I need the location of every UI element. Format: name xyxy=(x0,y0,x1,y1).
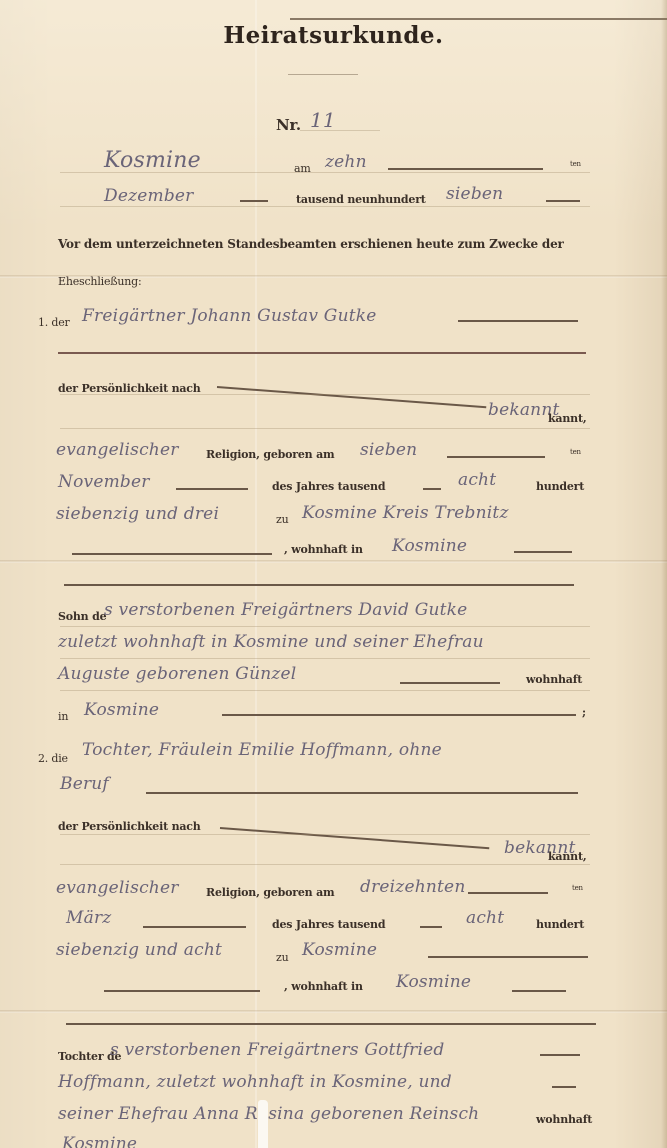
year-label: des Jahres tausend xyxy=(272,480,385,493)
hundert-label: hundert xyxy=(536,918,584,931)
ten-label: ten xyxy=(570,160,581,168)
in-label: in xyxy=(58,710,68,723)
guide-line xyxy=(60,690,590,691)
fill-line xyxy=(222,714,576,716)
year-label: tausend neunhundert xyxy=(296,193,426,206)
bride-personality-label: der Persönlichkeit nach xyxy=(58,820,201,833)
zu-label: zu xyxy=(276,951,288,964)
fill-line xyxy=(388,168,543,170)
bride-religion-label: Religion, geboren am xyxy=(206,886,334,899)
fill-line xyxy=(146,792,578,794)
header-year: sieben xyxy=(446,184,503,204)
guide-line xyxy=(60,394,590,395)
end-mark: ; xyxy=(582,706,586,719)
title-divider xyxy=(288,74,358,75)
bride-parents-residence-label: wohnhaft xyxy=(536,1113,592,1126)
bride-religion: evangelischer xyxy=(56,878,179,898)
fold-crease xyxy=(0,560,667,563)
residence-label: , wohnhaft in xyxy=(284,980,363,993)
groom-parents-residence: Kosmine xyxy=(84,700,159,720)
header-month: Dezember xyxy=(104,186,194,206)
groom-residence: Kosmine xyxy=(392,536,467,556)
fill-line xyxy=(176,488,248,490)
guide-line xyxy=(60,428,590,429)
guide-line xyxy=(60,864,590,865)
guide-line xyxy=(60,834,590,835)
ten-label: ten xyxy=(572,884,583,892)
number-label: Nr. xyxy=(276,116,301,134)
guide-line xyxy=(60,626,590,627)
header-day: zehn xyxy=(325,152,367,172)
groom-parents-residence-label: wohnhaft xyxy=(526,673,582,686)
groom-name: Freigärtner Johann Gustav Gutke xyxy=(82,306,377,326)
ten-label: ten xyxy=(570,448,581,456)
header-place: Kosmine xyxy=(104,148,201,173)
fill-line xyxy=(546,200,580,202)
document-title: Heiratsurkunde. xyxy=(0,22,667,49)
bride-name-line1: Tochter, Fräulein Emilie Hoffmann, ohne xyxy=(82,740,442,760)
zu-label: zu xyxy=(276,513,288,526)
guide-line xyxy=(60,658,590,659)
groom-birth-day: sieben xyxy=(360,440,417,460)
residence-label: , wohnhaft in xyxy=(284,543,363,556)
fill-line xyxy=(240,200,268,202)
bride-parents-line1: s verstorbenen Freigärtners Gottfried xyxy=(110,1040,444,1060)
fill-line xyxy=(428,956,588,958)
bride-birth-month: März xyxy=(66,908,111,928)
hundert-label: hundert xyxy=(536,480,584,493)
guide-line xyxy=(60,206,590,207)
bride-birth-day: dreizehnten xyxy=(360,877,465,897)
bride-parents-line3: seiner Ehefrau Anna Rosina geborenen Rei… xyxy=(58,1104,479,1124)
groom-index-label: 1. der xyxy=(38,316,70,329)
guide-line xyxy=(60,172,590,173)
fill-line xyxy=(104,990,260,992)
fill-line xyxy=(447,456,545,458)
intro-text: Vor dem unterzeichneten Standesbeamten e… xyxy=(58,237,564,251)
fill-line xyxy=(58,352,586,354)
fill-line xyxy=(66,1023,596,1025)
fill-line xyxy=(72,553,272,555)
groom-birth-month: November xyxy=(58,472,150,492)
fill-line xyxy=(514,551,572,553)
fill-line xyxy=(468,892,548,894)
fill-line xyxy=(458,320,578,322)
groom-religion: evangelischer xyxy=(56,440,179,460)
bride-residence: Kosmine xyxy=(396,972,471,992)
bride-year-rest: siebenzig und acht xyxy=(56,940,222,960)
paper-edge-shadow xyxy=(661,0,667,1148)
number-value: 11 xyxy=(310,108,336,132)
bride-year-hundreds: acht xyxy=(466,908,504,928)
groom-parents-line2: zuletzt wohnhaft in Kosmine und seiner E… xyxy=(58,632,484,652)
fill-line xyxy=(423,488,441,490)
groom-year-rest: siebenzig und drei xyxy=(56,504,219,524)
bride-parents-line2: Hoffmann, zuletzt wohnhaft in Kosmine, u… xyxy=(58,1072,452,1092)
fill-line xyxy=(552,1086,576,1088)
groom-known-label: kannt, xyxy=(548,412,586,425)
fill-line xyxy=(64,584,574,586)
year-label: des Jahres tausend xyxy=(272,918,385,931)
groom-parents-label: Sohn de xyxy=(58,610,106,623)
groom-parents-line3: Auguste geborenen Günzel xyxy=(58,664,296,684)
groom-parents-line1: s verstorbenen Freigärtners David Gutke xyxy=(104,600,467,620)
bride-index-label: 2. die xyxy=(38,752,68,765)
paper-tear xyxy=(258,1100,268,1148)
bride-parents-line4: Kosmine xyxy=(62,1134,137,1148)
bride-name-line2: Beruf xyxy=(60,774,109,794)
fill-line xyxy=(512,990,566,992)
fill-line xyxy=(143,926,246,928)
am-label: am xyxy=(294,162,311,175)
bride-known-label: kannt, xyxy=(548,850,586,863)
fill-line xyxy=(400,682,500,684)
guide-line xyxy=(300,130,380,131)
groom-year-hundreds: acht xyxy=(458,470,496,490)
fold-crease xyxy=(0,1010,667,1013)
top-border-rule xyxy=(290,18,667,20)
fill-line xyxy=(420,926,442,928)
bride-birth-place: Kosmine xyxy=(302,940,377,960)
fill-line xyxy=(540,1054,580,1056)
groom-religion-label: Religion, geboren am xyxy=(206,448,334,461)
groom-birth-place: Kosmine Kreis Trebnitz xyxy=(302,503,509,523)
intro-text-2: Eheschließung: xyxy=(58,275,142,288)
